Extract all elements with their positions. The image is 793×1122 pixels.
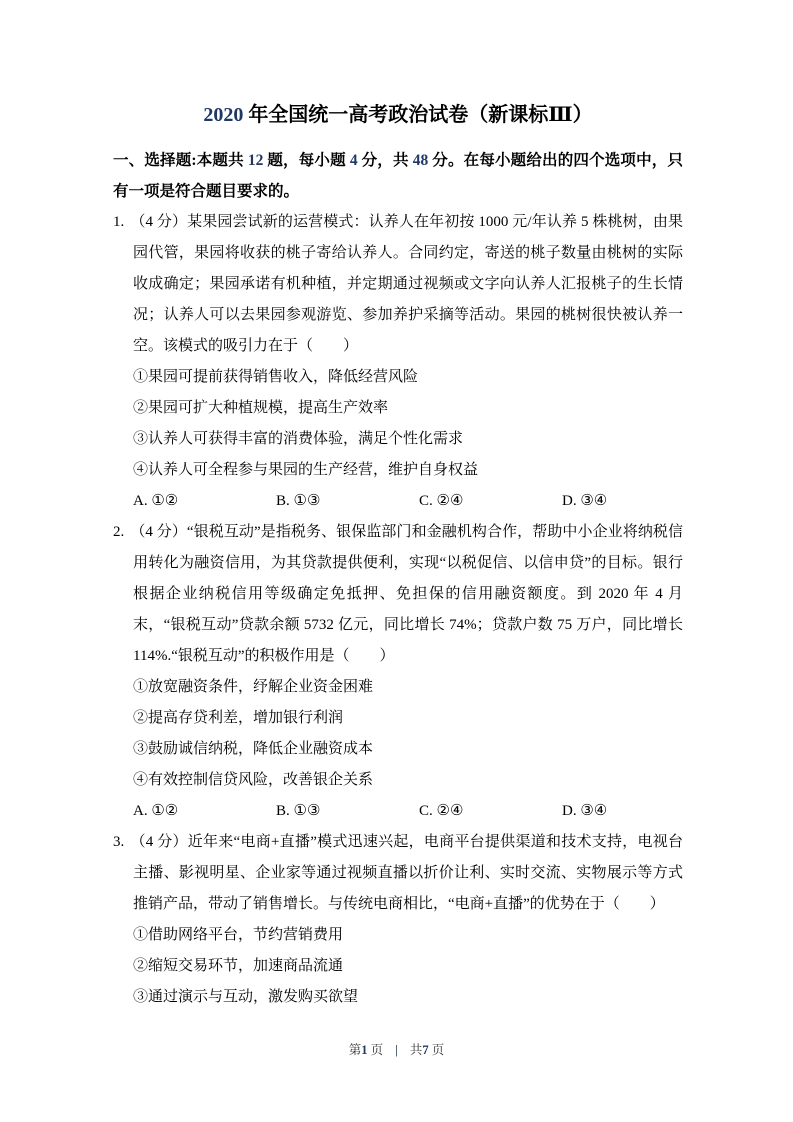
question-block: 3.（4 分）近年来“电商+直播”模式迅速兴起，电商平台提供渠道和技术支持，电视… <box>113 827 683 1013</box>
section-instructions: 一、选择题:本题共 12 题，每小题 4 分，共 48 分。在每小题给出的四个选… <box>113 145 683 207</box>
answer-choices-row: A. ①②B. ①③C. ②④D. ③④ <box>113 796 683 827</box>
section-instructions-number: 4 <box>350 152 358 169</box>
question-number: 3. <box>113 834 124 850</box>
page-content: 2020 年全国统一高考政治试卷（新课标Ⅲ） 一、选择题:本题共 12 题，每小… <box>0 0 793 1013</box>
question-number: 1. <box>113 214 124 230</box>
answer-choice: A. ①② <box>133 486 276 517</box>
section-instructions-text: 分，共 <box>358 152 413 169</box>
section-instructions-text: 题，每小题 <box>263 152 350 169</box>
answer-choice: C. ②④ <box>419 796 562 827</box>
exam-page: 2020 年全国统一高考政治试卷（新课标Ⅲ） 一、选择题:本题共 12 题，每小… <box>0 0 793 1122</box>
section-instructions-number: 12 <box>248 152 264 169</box>
exam-title-number: 2020 <box>203 104 243 126</box>
question-option-item: ①果园可提前获得销售收入，降低经营风险 <box>113 362 683 393</box>
question-option-item: ④认养人可全程参与果园的生产经营，维护自身权益 <box>113 455 683 486</box>
answer-choice: B. ①③ <box>276 486 419 517</box>
question-stem: （4 分）某果园尝试新的运营模式：认养人在年初按 1000 元/年认养 5 株桃… <box>130 214 683 354</box>
question-list: 1.（4 分）某果园尝试新的运营模式：认养人在年初按 1000 元/年认养 5 … <box>113 207 683 1013</box>
question-option-item: ①借助网络平台，节约营销费用 <box>113 920 683 951</box>
section-instructions-number: 48 <box>413 152 429 169</box>
exam-title: 2020 年全国统一高考政治试卷（新课标Ⅲ） <box>113 100 683 130</box>
question-number: 2. <box>113 524 124 540</box>
answer-choice: D. ③④ <box>562 486 607 517</box>
page-footer-text: 共 <box>410 1043 423 1057</box>
question-block: 1.（4 分）某果园尝试新的运营模式：认养人在年初按 1000 元/年认养 5 … <box>113 207 683 517</box>
page-footer: 第1 页|共7 页 <box>0 1040 793 1058</box>
question-text: 3.（4 分）近年来“电商+直播”模式迅速兴起，电商平台提供渠道和技术支持，电视… <box>113 827 683 920</box>
question-option-item: ①放宽融资条件，纾解企业资金困难 <box>113 672 683 703</box>
page-footer-text: 第 <box>349 1043 362 1057</box>
question-items: ①借助网络平台，节约营销费用②缩短交易环节，加速商品流通③通过演示与互动，激发购… <box>113 920 683 1013</box>
page-footer-text: 页 <box>367 1043 383 1057</box>
answer-choice: D. ③④ <box>562 796 607 827</box>
page-footer-separator: | <box>395 1043 398 1058</box>
question-option-item: ②缩短交易环节，加速商品流通 <box>113 951 683 982</box>
question-option-item: ④有效控制信贷风险，改善银企关系 <box>113 765 683 796</box>
question-block: 2.（4 分）“银税互动”是指税务、银保监部门和金融机构合作，帮助中小企业将纳税… <box>113 517 683 827</box>
question-option-item: ③鼓励诚信纳税，降低企业融资成本 <box>113 734 683 765</box>
question-text: 1.（4 分）某果园尝试新的运营模式：认养人在年初按 1000 元/年认养 5 … <box>113 207 683 362</box>
answer-choices-row: A. ①②B. ①③C. ②④D. ③④ <box>113 486 683 517</box>
answer-choice: B. ①③ <box>276 796 419 827</box>
question-option-item: ③认养人可获得丰富的消费体验，满足个性化需求 <box>113 424 683 455</box>
question-items: ①放宽融资条件，纾解企业资金困难②提高存贷利差，增加银行利润③鼓励诚信纳税，降低… <box>113 672 683 796</box>
section-instructions-text: 一、选择题:本题共 <box>113 152 248 169</box>
question-items: ①果园可提前获得销售收入，降低经营风险②果园可扩大种植规模，提高生产效率③认养人… <box>113 362 683 486</box>
exam-title-text: 年全国统一高考政治试卷（新课标Ⅲ） <box>243 104 592 126</box>
question-option-item: ②提高存贷利差，增加银行利润 <box>113 703 683 734</box>
answer-choice: C. ②④ <box>419 486 562 517</box>
page-footer-text: 页 <box>429 1043 445 1057</box>
question-stem: （4 分）近年来“电商+直播”模式迅速兴起，电商平台提供渠道和技术支持，电视台主… <box>130 834 683 912</box>
question-stem: （4 分）“银税互动”是指税务、银保监部门和金融机构合作，帮助中小企业将纳税信用… <box>130 524 683 664</box>
question-text: 2.（4 分）“银税互动”是指税务、银保监部门和金融机构合作，帮助中小企业将纳税… <box>113 517 683 672</box>
question-option-item: ②果园可扩大种植规模，提高生产效率 <box>113 393 683 424</box>
question-option-item: ③通过演示与互动，激发购买欲望 <box>113 982 683 1013</box>
answer-choice: A. ①② <box>133 796 276 827</box>
